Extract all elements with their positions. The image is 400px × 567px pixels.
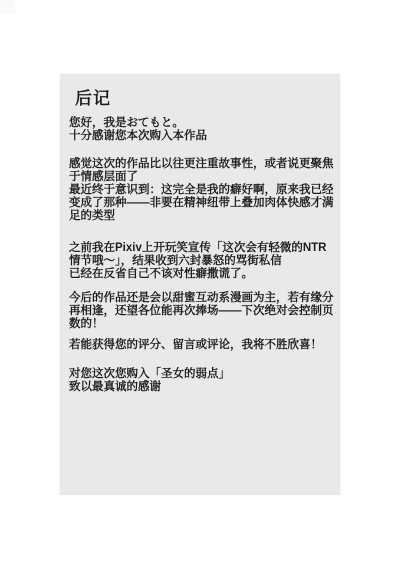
paragraph-pixiv-anecdote: 之前我在Pixiv上开玩笑宣传「这次会有轻微的NTR 情节哦～」，结果收到六封暴… — [69, 242, 336, 281]
paragraph-final-thanks: 对您这次您购入「圣女的弱点」 致以最真诚的感谢 — [69, 368, 336, 394]
page-title: 后记 — [75, 90, 336, 108]
greeting-text: 您好，我是おてもと。 十分感谢您本次购入本作品 — [69, 117, 336, 143]
corner-artifact — [0, 0, 15, 14]
paragraph-creation-notes: 感觉这次的作品比以往更注重故事性，或者说更聚焦 于情感层面了 最近终于意识到：这… — [69, 158, 336, 223]
paragraph-future-works: 今后的作品还是会以甜蜜互动系漫画为主，若有缘分 再相逢，还望各位能再次捧场——下… — [69, 292, 336, 331]
afterword-page: 后记 您好，我是おてもと。 十分感谢您本次购入本作品 感觉这次的作品比以往更注重… — [60, 74, 340, 495]
paragraph-review-request: 若能获得您的评分、留言或评论，我将不胜欣喜！ — [69, 339, 336, 352]
